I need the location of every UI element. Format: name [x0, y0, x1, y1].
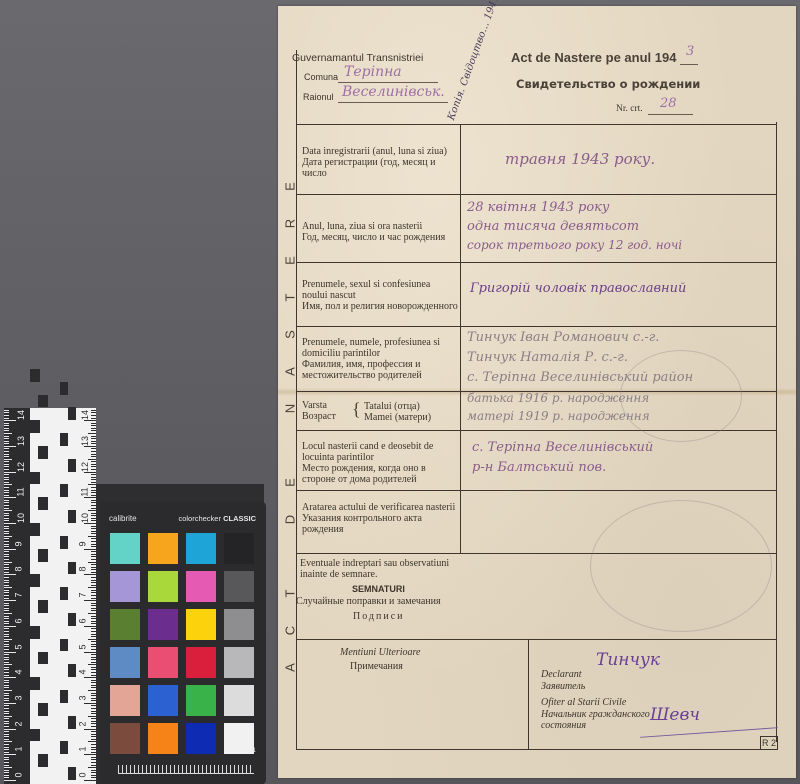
ruler-tick [4, 459, 12, 460]
ruler-checker-block [30, 574, 40, 587]
ruler-tick [4, 741, 12, 742]
ruler-tick [4, 436, 9, 437]
ruler-label: 13 [16, 436, 26, 446]
row-birth-datetime-label: Anul, luna, ziua si ora nasterii Год, ме… [302, 221, 458, 243]
ruler-tick [4, 595, 9, 596]
color-patch [186, 533, 216, 564]
vertical-title-letter: E [283, 476, 298, 490]
ruler-tick [84, 446, 96, 447]
ruler-tick [4, 757, 9, 758]
ruler-tick [4, 685, 9, 686]
ruler-tick [91, 423, 96, 424]
ruler-tick [4, 567, 9, 568]
birthplace-line-1: с. Теріпна Веселинівський [472, 440, 653, 455]
ruler-tick [4, 477, 9, 478]
ruler-tick [88, 664, 96, 665]
ruler-tick [84, 549, 96, 550]
color-checker-card: calibrite colorchecker CLASSIC ABCF1 [100, 502, 266, 784]
number-label: Nr. crt. [616, 104, 643, 114]
ruler-tick [88, 639, 96, 640]
color-patch [148, 533, 178, 564]
mentions-label-ro: Mentiuni Ulterioare [340, 647, 420, 658]
ruler-tick [4, 451, 9, 452]
ruler-tick [4, 574, 16, 575]
ruler-checker-block [68, 459, 76, 472]
title-russian: Свидетельство о рождении [516, 77, 700, 91]
ruler-tick [4, 544, 9, 545]
vertical-title-letter: N [283, 402, 298, 416]
color-patch [186, 571, 216, 602]
label-ru: Фамилия, имя, профессия и местожительств… [302, 359, 458, 381]
ruler-tick [4, 613, 12, 614]
row-parents-label: Prenumele, numele, profesiunea si domici… [302, 337, 458, 381]
ruler-tick [91, 461, 96, 462]
ruler-checker-block [38, 652, 48, 665]
ruler-tick [4, 690, 12, 691]
ruler-tick [4, 711, 9, 712]
ruler-checker-block [30, 420, 40, 433]
ruler-tick [84, 677, 96, 678]
ruler-tick [88, 716, 96, 717]
ruler-tick [4, 533, 9, 534]
ruler-label: 9 [78, 541, 88, 546]
color-patch [224, 685, 254, 716]
ruler-tick [4, 616, 9, 617]
ruler-tick [4, 644, 9, 645]
vertical-title-letter: S [283, 328, 298, 342]
color-patch [186, 609, 216, 640]
color-patch [110, 685, 140, 716]
ruler-checker-block [60, 639, 68, 652]
ruler-tick [4, 713, 9, 714]
ruler-label: 5 [78, 644, 88, 649]
ruler-tick [4, 510, 12, 511]
ruler-tick [91, 412, 96, 413]
ruler-tick [4, 474, 9, 475]
ruler-tick [84, 754, 96, 755]
ruler-tick [4, 628, 9, 629]
ruler-label: 2 [78, 721, 88, 726]
ruler-tick [91, 454, 96, 455]
ruler-tick [4, 492, 9, 493]
age-sub-labels: Tatalui (отца) Mamei (матери) [364, 401, 431, 423]
ruler-checker-block [60, 433, 68, 446]
ruler-tick [4, 490, 9, 491]
color-patch [224, 609, 254, 640]
ruler-tick [4, 418, 9, 419]
ruler-tick [4, 518, 9, 519]
label-ro: Locul nasterii cand e deosebit de locuin… [302, 441, 458, 463]
ruler-tick [84, 652, 96, 653]
ruler-tick [84, 626, 96, 627]
row-divider [296, 326, 776, 327]
ruler-label: 4 [78, 670, 88, 675]
ruler-label: 11 [16, 488, 26, 497]
ruler-tick [4, 775, 9, 776]
commune-label: Comuna [304, 72, 338, 82]
ruler-tick [91, 410, 96, 411]
color-patch [148, 609, 178, 640]
ruler-tick [91, 477, 96, 478]
ruler-tick [4, 718, 9, 719]
ruler-tick [4, 659, 9, 660]
number-value: 28 [660, 96, 677, 111]
vertical-title-letter: A [283, 661, 298, 675]
ruler-tick [4, 726, 9, 727]
ruler-label: 1 [78, 747, 88, 752]
ruler-tick [4, 410, 9, 411]
year-underline [680, 64, 698, 65]
ruler-tick [4, 770, 9, 771]
ruler-tick [4, 623, 9, 624]
registration-date-value: травня 1943 року. [505, 150, 655, 168]
ruler-tick [88, 536, 96, 537]
color-patch [148, 647, 178, 678]
officer-signature: Шевч [650, 705, 700, 725]
ruler-tick [4, 582, 9, 583]
color-patch [110, 571, 140, 602]
color-patch [224, 571, 254, 602]
ruler-label: 0 [14, 772, 24, 777]
ruler-tick [4, 654, 9, 655]
ruler-checker-block [30, 369, 40, 382]
ruler-tick [4, 680, 9, 681]
ruler-checker-block [60, 587, 68, 600]
ruler-tick [4, 556, 9, 557]
label-ro: Data inregistrarii (anul, luna si ziua) [302, 146, 458, 157]
ruler-checker-block [38, 446, 48, 459]
ruler-tick [88, 613, 96, 614]
father-label: Tatalui (отца) [364, 401, 431, 412]
ruler-tick [4, 433, 12, 434]
ruler-label: 8 [14, 567, 24, 572]
product-edition: CLASSIC [223, 514, 256, 523]
parents-line-2: Тинчук Наталія Р. с.-г. [467, 350, 628, 365]
ruler-tick [88, 459, 96, 460]
ruler-tick [4, 675, 9, 676]
ruler-tick [91, 430, 96, 431]
ruler-tick [4, 700, 9, 701]
ruler-tick [4, 682, 9, 683]
ruler-tick [4, 767, 12, 768]
ruler-tick [4, 716, 12, 717]
vertical-title-letter: T [283, 291, 298, 305]
ruler-tick [91, 466, 96, 467]
ruler-tick [91, 425, 96, 426]
district-underline [338, 102, 448, 103]
ruler-label: 1 [14, 747, 24, 752]
signatures-heading-ro: SEMNATURI [352, 584, 405, 594]
color-patch [148, 723, 178, 754]
ruler-checker-block [60, 484, 68, 497]
ruler-tick [88, 690, 96, 691]
row-divider [296, 490, 776, 491]
ruler-label: 4 [14, 670, 24, 675]
ruler-tick [4, 600, 16, 601]
brace: { [352, 399, 361, 420]
ruler-tick [4, 708, 9, 709]
ruler-tick [91, 415, 96, 416]
ruler-tick [4, 551, 9, 552]
ruler-checker-block [38, 600, 48, 613]
ruler-tick [4, 687, 9, 688]
ruler-label: 13 [80, 436, 90, 446]
ruler-tick [4, 752, 9, 753]
mentions-box-right [528, 639, 529, 749]
ruler-tick [91, 482, 96, 483]
ruler-tick [4, 564, 9, 565]
ruler-label: 6 [78, 618, 88, 623]
ruler-tick [4, 736, 9, 737]
ruler-checker-block [68, 716, 76, 729]
ruler-checker-block [30, 729, 40, 742]
ruler-checker-block [60, 382, 68, 395]
ruler-tick [4, 536, 12, 537]
vertical-title-letter: D [283, 513, 298, 527]
ruler-tick [84, 574, 96, 575]
ruler-tick [4, 585, 9, 586]
vertical-title-letter: A [283, 365, 298, 379]
ruler-tick [4, 657, 9, 658]
commune-underline [338, 82, 438, 83]
label-ru: Возраст [302, 411, 336, 422]
ruler-tick [4, 513, 9, 514]
ruler-tick [4, 592, 9, 593]
ruler-tick [4, 631, 9, 632]
ruler-checker-block [38, 395, 48, 408]
table-bottom-line [296, 749, 776, 750]
faint-pencil-sketch [620, 350, 742, 442]
vertical-title: ACTDENASTERE [283, 150, 297, 670]
ruler-tick [4, 590, 9, 591]
vertical-title-letter: R [283, 217, 298, 231]
ruler-tick [4, 412, 9, 413]
ruler-tick [4, 723, 9, 724]
ruler-tick [88, 741, 96, 742]
ruler-tick [88, 587, 96, 588]
color-patch [186, 647, 216, 678]
mother-age-value: матері 1919 р. народження [467, 409, 650, 423]
ruler-tick [4, 754, 16, 755]
ruler-tick [4, 695, 9, 696]
ruler-tick [4, 469, 9, 470]
ruler-tick [4, 667, 9, 668]
color-patch [186, 685, 216, 716]
ruler-tick [84, 420, 96, 421]
ruler-checker-block [68, 664, 76, 677]
label-ru: Указания контрольного акта рождения [302, 513, 458, 535]
ruler-tick [4, 744, 9, 745]
ruler-checker-block [38, 549, 48, 562]
ruler-tick [4, 780, 16, 781]
ruler-tick [4, 546, 9, 547]
row-corrections-label: Eventuale indreptari sau observatiuni in… [300, 558, 460, 580]
ruler-tick [91, 469, 96, 470]
birth-datetime-line-2: одна тисяча девятьсот [467, 219, 639, 234]
color-patch [186, 723, 216, 754]
ruler-tick [91, 441, 96, 442]
ruler-label: 3 [14, 695, 24, 700]
ruler-tick [91, 436, 96, 437]
ruler-tick [4, 636, 9, 637]
ruler-tick [4, 443, 9, 444]
ruler-label: 7 [14, 593, 24, 598]
ruler-tick [4, 608, 9, 609]
ruler-tick [4, 464, 9, 465]
ruler-tick [4, 662, 9, 663]
corrections-label-ru: Случайные поправки и замечания [296, 596, 441, 607]
row-divider [296, 639, 776, 640]
ruler-checker-block [68, 613, 76, 626]
ruler-checker-block [30, 523, 40, 536]
ruler-tick [4, 425, 9, 426]
ruler-checker-block [30, 677, 40, 690]
ruler-label: 7 [78, 593, 88, 598]
title-romanian: Act de Nastere pe anul 194 [511, 50, 676, 65]
ruler-label: 5 [14, 644, 24, 649]
ruler-tick [4, 487, 9, 488]
label-ro: Prenumele, sexul si confesiunea noului n… [302, 279, 458, 301]
ruler-checker-block [68, 510, 76, 523]
ruler-tick [4, 495, 9, 496]
year-digit: 3 [686, 44, 694, 59]
birth-datetime-line-1: 28 квітня 1943 року [467, 200, 609, 215]
ruler-tick [4, 664, 12, 665]
ruler-tick [4, 626, 16, 627]
ruler-tick [4, 731, 9, 732]
ruler-tick [4, 610, 9, 611]
ruler-tick [4, 634, 9, 635]
birthplace-line-2: р-н Балтський пов. [472, 460, 606, 475]
row-age-label: Varsta Возраст [302, 400, 336, 422]
label-ru: Год, месяц, число и час рождения [302, 232, 458, 243]
ruler-tick [91, 474, 96, 475]
ruler-tick [91, 464, 96, 465]
ruler-tick [4, 520, 9, 521]
ruler-checker-block [60, 690, 68, 703]
vertical-title-letter: E [283, 180, 298, 194]
ruler-checker-block [68, 407, 76, 420]
ruler-tick [84, 497, 96, 498]
ruler-label: 10 [16, 513, 26, 523]
ruler-checker-block [38, 754, 48, 767]
birth-datetime-line-3: сорок третього року 12 год. ночі [467, 238, 682, 252]
ruler-tick [4, 461, 9, 462]
ruler-tick [4, 580, 9, 581]
ruler-checker-block [60, 741, 68, 754]
ruler-tick [4, 515, 9, 516]
ruler-tick [4, 641, 9, 642]
color-patch [110, 723, 140, 754]
ruler-tick [88, 562, 96, 563]
ruler-tick [88, 510, 96, 511]
ruler-tick [4, 705, 9, 706]
district-value: Веселинівськ. [342, 84, 445, 100]
ruler-label: 10 [80, 513, 90, 523]
commune-value: Теріпна [344, 64, 402, 80]
ruler-tick [4, 618, 9, 619]
ruler-tick [4, 423, 9, 424]
scale-ruler: 0011223344556677889910101111121213131414 [4, 408, 96, 784]
ruler-tick [4, 430, 9, 431]
label-ro: Anul, luna, ziua si ora nasterii [302, 221, 458, 232]
ruler-tick [4, 749, 9, 750]
ruler-checker-block [60, 536, 68, 549]
officer-label-ro: Ofiter al Starii Civile [541, 697, 626, 708]
ruler-tick [4, 526, 9, 527]
ruler-tick [4, 652, 16, 653]
mother-label: Mamei (матери) [364, 412, 431, 423]
ruler-tick [4, 559, 9, 560]
ruler-tick [4, 747, 9, 748]
ruler-label: 6 [14, 618, 24, 623]
row-birthplace-label: Locul nasterii cand e deosebit de locuin… [302, 441, 458, 485]
label-ru: Место рождения, когда оно в стороне от д… [302, 463, 458, 485]
ruler-tick [4, 554, 9, 555]
number-underline [648, 114, 693, 115]
label-ro: Prenumele, numele, profesiunea si domici… [302, 337, 458, 359]
ruler-tick [4, 677, 16, 678]
ruler-tick [4, 777, 9, 778]
ruler-tick [4, 739, 9, 740]
ruler-tick [4, 672, 9, 673]
label-ru: Дата регистрации (год, месяц и число [302, 157, 458, 179]
ruler-tick [4, 446, 16, 447]
ruler-tick [88, 433, 96, 434]
checker-product: colorchecker CLASSIC [178, 514, 256, 523]
mentions-label-ru: Примечания [350, 661, 403, 672]
vertical-title-letter: C [283, 624, 298, 638]
ruler-label: 2 [14, 721, 24, 726]
newborn-value: Григорій чоловік православний [470, 281, 686, 296]
ruler-tick [4, 508, 9, 509]
ruler-tick [4, 528, 9, 529]
ruler-tick [4, 721, 9, 722]
ruler-tick [4, 693, 9, 694]
ruler-tick [84, 729, 96, 730]
ruler-tick [4, 729, 16, 730]
checker-mm-scale [118, 765, 254, 774]
ruler-label: 14 [16, 410, 26, 420]
product-name: colorchecker [178, 514, 221, 523]
row-divider [296, 194, 776, 195]
ruler-tick [4, 698, 9, 699]
ruler-checker-block [30, 626, 40, 639]
ruler-tick [91, 479, 96, 480]
row-verification-label: Aratarea actului de verificarea nasterii… [302, 502, 458, 535]
district-label: Raionul [303, 92, 334, 102]
ruler-tick [4, 598, 9, 599]
ruler-tick [4, 734, 9, 735]
ruler-tick [4, 523, 16, 524]
ruler-tick [4, 454, 9, 455]
ruler-tick [4, 562, 12, 563]
label-ro: Varsta [302, 400, 336, 411]
declarant-label-ru: Заявитель [541, 681, 585, 692]
ruler-tick [4, 587, 12, 588]
ruler-label: 9 [14, 541, 24, 546]
ruler-tick [84, 703, 96, 704]
ruler-tick [91, 428, 96, 429]
ruler-tick [4, 639, 12, 640]
ruler-tick [91, 456, 96, 457]
label-ru: Имя, пол и религия новорожденного [302, 301, 458, 312]
label-ro: Aratarea actului de verificarea nasterii [302, 502, 458, 513]
ruler-tick [4, 466, 9, 467]
declarant-label-ro: Declarant [541, 669, 582, 680]
ruler-tick [88, 767, 96, 768]
row-registration-date-label: Data inregistrarii (anul, luna si ziua) … [302, 146, 458, 179]
